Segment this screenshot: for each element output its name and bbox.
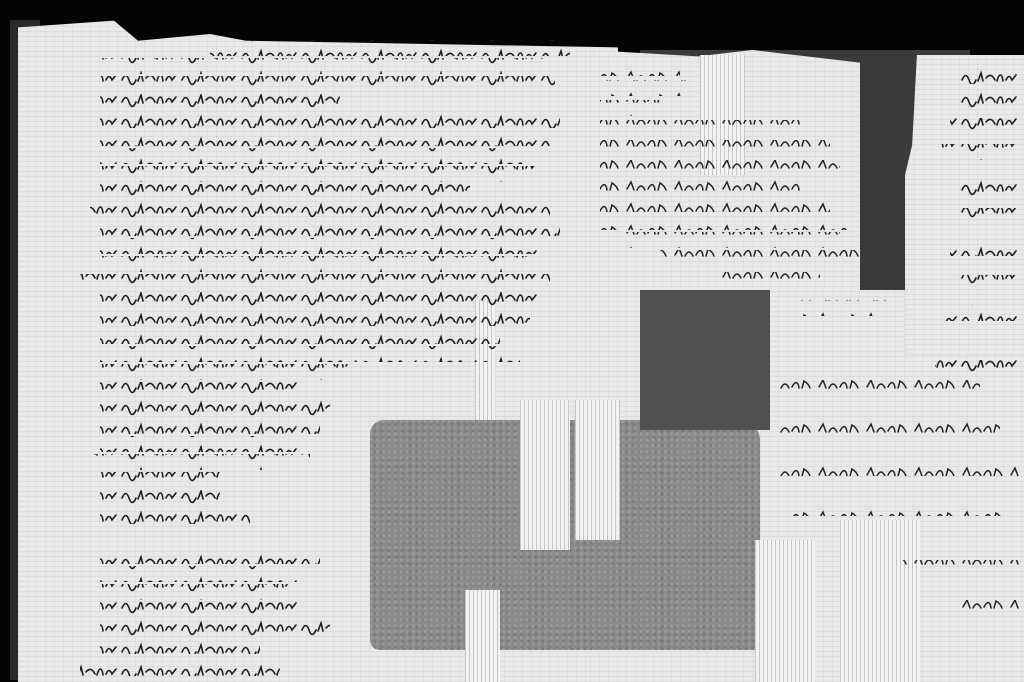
right-edge-fragment: [935, 68, 1020, 376]
right-text-column: [600, 60, 1020, 616]
left-text-column: [80, 40, 570, 676]
photo-stage: Fragment of ancient papyrus with Greek c…: [0, 0, 1024, 682]
handwriting-ink: [0, 0, 1024, 682]
